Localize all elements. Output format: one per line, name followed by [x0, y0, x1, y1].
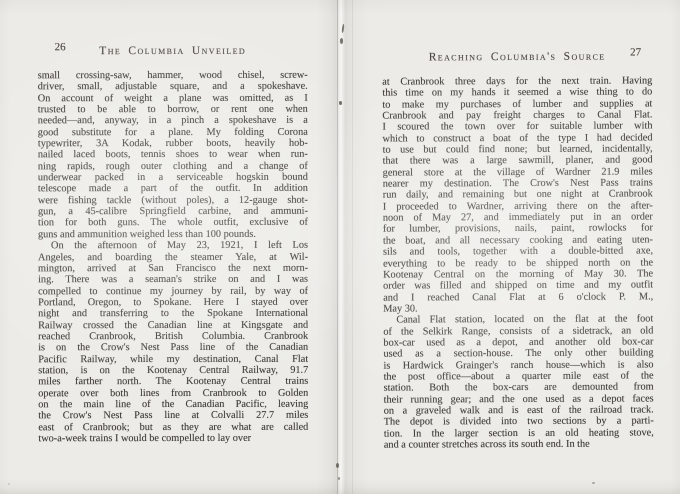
text-line: Canal Flat station, located on the flat …: [383, 314, 653, 327]
text-line: everything to be ready to be shipped nor…: [383, 257, 653, 270]
text-line: operate over both lines from Cranbrook t…: [38, 387, 308, 399]
text-line: On account of weight a plane was omitted…: [38, 92, 308, 104]
page-number-right: 27: [630, 46, 641, 58]
text-line: night and transferring to the Spokane In…: [38, 308, 308, 320]
text-line: Railway crossed the Canadian line at Kin…: [38, 319, 308, 331]
text-line: The depot is divided into two sections b…: [384, 416, 654, 429]
text-line: compelled to continue my journey by rail…: [38, 285, 308, 297]
running-header-left: The Columbia Unveiled: [99, 45, 246, 57]
scan-speck: [592, 482, 595, 484]
text-line: On the afternoon of May 23, 1921, I left…: [38, 240, 308, 252]
text-line: station, is on the Kootenay Central Rail…: [38, 365, 308, 377]
text-line: telescope made a part of the outfit. In …: [38, 183, 308, 195]
text-line: underwear packed in a serviceable hogski…: [38, 172, 308, 184]
text-line: and a counter stretches across its south…: [384, 438, 654, 451]
text-line: good substitute for a plane. My folding …: [38, 126, 308, 138]
text-line: order was filled and shipped on time and…: [383, 280, 653, 293]
stitch-mark: [339, 101, 342, 105]
text-line: used as a section-house. The only other …: [383, 348, 653, 361]
text-line: Portland, Oregon, to Spokane. Here I sta…: [38, 297, 308, 309]
running-header-row-right: Reaching Columbia's Source 27: [382, 46, 652, 60]
stitch-mark: [338, 477, 340, 480]
scan-speck: [8, 483, 10, 485]
stitch-mark: [336, 463, 339, 468]
text-line: small crossing-saw, hammer, wood chisel,…: [38, 70, 308, 82]
text-line: two-a-week trains I would be compelled t…: [38, 433, 308, 445]
text-line: ing. There was a seaman's strike on and …: [38, 274, 308, 286]
text-line: sils and tools, together with a double-b…: [383, 246, 653, 259]
text-line: tion for both guns. The whole outfit, ex…: [38, 217, 308, 229]
text-line: is on the Crow's Nest Pass line of the C…: [38, 342, 308, 354]
text-line: Angeles, and boarding the steamer Yale, …: [38, 251, 308, 263]
text-line: station. Both the box-cars are demounted…: [384, 382, 654, 395]
text-line: I scoured the town over for suitable lum…: [382, 121, 652, 134]
text-line: driver, small, adjustable square, and a …: [38, 81, 308, 93]
text-line: typewriter, 3A Kodak, rubber boots, heav…: [38, 138, 308, 150]
text-line: gun, a 45-calibre Springfield carbine, a…: [38, 206, 308, 218]
text-line: reached Cranbrook, British Columbia. Cra…: [38, 331, 308, 343]
text-line: east of Cranbrook; but as they are what …: [38, 421, 308, 433]
text-line: were fishing tackle (without poles), a 1…: [38, 195, 308, 207]
stitch-mark: [340, 38, 343, 44]
text-line: run daily, and remaining but one night a…: [383, 189, 653, 202]
text-line: this time on my hands it seemed a wise t…: [382, 87, 652, 100]
gutter-crease: [337, 0, 338, 494]
text-line: on the main line of the Canadian Pacific…: [38, 399, 308, 411]
text-line: tion. In the larger section is an old he…: [384, 427, 654, 440]
text-line: for lumber, provisions, nails, paint, ro…: [383, 223, 653, 236]
gutter-crease: [352, 0, 353, 494]
page-left: 26 The Columbia Unveiled small crossing-…: [38, 41, 309, 445]
text-block-right: at Cranbrook three days for the next tra…: [382, 75, 654, 451]
text-line: that there was a large sawmill, planer, …: [383, 155, 653, 168]
page-number-left: 26: [55, 41, 66, 53]
text-line: needed—and, anyway, in a pinch a spokesh…: [38, 115, 308, 127]
text-line: nailed laced boots, tennis shoes to wear…: [38, 149, 308, 161]
text-line: guns and ammunition weighed less than 10…: [38, 229, 308, 241]
page-right: Reaching Columbia's Source 27 at Cranbro…: [382, 46, 654, 451]
text-line: the Crow's Nest Pass line at Colvalli 27…: [38, 410, 308, 422]
text-line: and I reached Canal Flat at 6 o'clock P.…: [383, 291, 653, 304]
text-block-left: small crossing-saw, hammer, wood chisel,…: [38, 70, 309, 445]
text-line: ning rapids, rough outer clothing and a …: [38, 161, 308, 173]
book-gutter: [316, 0, 370, 494]
running-header-right: Reaching Columbia's Source: [429, 51, 606, 64]
text-line: mington, arrived at San Francisco the ne…: [38, 263, 308, 275]
book-spread: 26 The Columbia Unveiled small crossing-…: [0, 0, 680, 494]
text-line: trusted to be able to borrow, or rent on…: [38, 104, 308, 116]
text-line: miles farther north. The Kootenay Centra…: [38, 376, 308, 388]
text-line: Pacific Railway, while my destination, C…: [38, 353, 308, 365]
running-header-row-left: 26 The Columbia Unveiled: [38, 41, 308, 54]
